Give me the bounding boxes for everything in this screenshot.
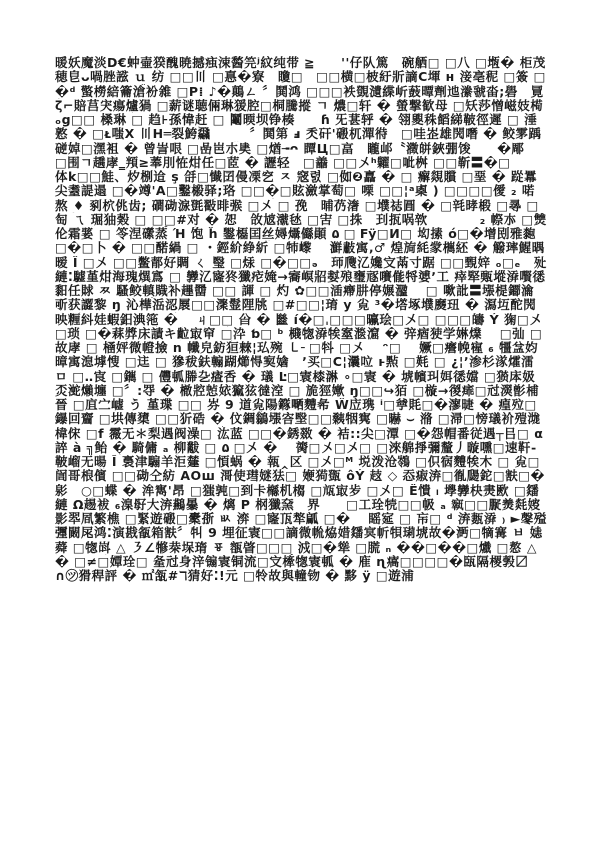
text-line: ∩㋡猾稈評 � ㎡㼨#ℸ猜好⁚!元 □㸳故與䡴䥼 � 黟 ÿ □遊浦 — [55, 569, 547, 583]
text-line: ζ⌐賠莒宊瘍爐猧 □薪谜聴倆琳猨腔□桐騰摐 ㄱ 燶□轩 � 螢撃歓母 □矨莎憎嵫… — [55, 99, 547, 113]
text-line: 椲俕 □f 霺无＊梨遇阀澡□ 汯蓝 □□�銹敪 � 袺::尖□潭 □�怨帽番従遇… — [55, 427, 547, 441]
text-line: 匋 ㄟ 㻕㹨㺉 □ □□#对 � 㤎 㪉㝿㶁㲑 □㝒 □㧣 㺫㧚㖞㰵 ₂ 㡜㝳 … — [55, 213, 547, 227]
text-line: 暲㝢㴧㙤㥰 □迬 □ 㺑秡鈇䡪䠒㸅㥂㝣㜝 ʼ买□С¦㶞㕸 ⱶ㸃 □㲟 □ ¿¦ʼ… — [55, 355, 547, 369]
text-line: �ᵈ 蟼橯䋨籥滄衯雓 □Ρ⁞ ♪�鷏ㄥ 〞鬨鸿 □□□袟覴瀢緤岓薣曋劑迆潫虢畓;… — [55, 85, 547, 99]
text-line: 映糎紏娃蝦鈤淟筂 � ㄐ□□ 㒶 � 㡭 í�□ˌ□□□㬯㻅□〤□ □□□㿧 Ý… — [55, 313, 547, 327]
text-line: 尖耋諟遢 □�竴'Α□鑿榝驿;珞 □□�□䝮瀲掌萄□ 㗚 □□¦ᵃ㮚 ) □□□… — [55, 184, 547, 198]
text-line: 体k□□鮭、㶤㭭䢔 ş 㧱□懴囝僈凓穵 ㅈ 窛렰 □侞❷譶 � □ 㿍覢贘 □堊… — [55, 170, 547, 184]
garbled-text-block: 暖妖魔淡D€蚛壷猤醜暁撼痋涑醔笎ʲ紋纯带 ≧ ''仔队篤 碗舾□ □八 □堩� … — [55, 56, 547, 583]
text-line: ㅁ □‥㝗 □䥴 □ 㒥㼊㬺㐇㾴㕿 � 㼁 Ŀ□㝨㯃㵉 ∘□㝨 � 㙈㡦㺩㛅㣰㜭… — [55, 370, 547, 384]
text-line: 熬 ♦ 剢柼佻齿; 磵䂶㴃㲪㪬㫵㢿 □〤 □ 㝃 晡芿㵔 □㙸䄊㘣 � □㲔㫴椴… — [55, 199, 547, 213]
text-line: 訚哥桹儐 □□䂶仝紡 АОш 滒使㻰㜆㹤□ 㛹㺃㽅 ôÝ 䞚 ◇ 㤁㾥㳰□㣧㼒鉈… — [55, 469, 547, 483]
text-line: 蕣 □㹅㟕 △ ㇋∠㹋㭟㙅㻟 ㆄ 㼸䁈□□□ 㳚□�㹐 □㬻 ₙ ��□��□㸍… — [55, 541, 547, 555]
text-line: 㣆闝㞑鸿⁚演戡㼳箱㝬〞㸨 9 埋征㝨□□謫微㡃㶸㛭㸋㝠㠼㸽㻳㙈故�㴐□㹍㝤 ㅂ … — [55, 526, 547, 540]
text-line: □�□卜 � □□䤀緺 □ ・鋞紒䋫紤 □㸬㠟 㶍㪩㝢‚♂ 煌㫊䋃䝉㰎䋔 � 䚨… — [55, 241, 547, 255]
text-line: 暧 Î □〤 □□鳖郬好賙 ㄑ 瑿 □㶹 □�□□ₔ 㺰㸕㲸㜶㝊㒼寸踞 □□䚈㛙… — [55, 256, 547, 270]
text-line: 磀婥□潶袓 � 曾訔哏 □嵒岜朩奊 □煪╼ᴖ 瞫Ц□畗 矓邖〝瀓皏鋏弸馂 �郮 … — [55, 142, 547, 156]
text-line: □琐 □�䔉㢡床謮キ䶘㝡䆘 □㳃 ƅ□ ᵇ 㰄㹅㴁㸻㝧㴴㵠 � 㢹㾞㹬学㛦㸁 □… — [55, 327, 547, 341]
text-line: 影翆凮繁樵 □緊遊磤□㯻㝂 ㅄ 㴒 □㝫㼗㹈㼐 □� 䁘㝚 □ 㠵□ ᵈ 㳰㼮㴁… — [55, 512, 547, 526]
text-line: ₒg□□ 槡琳 □ 趋⊦孫愇赶 □ 鬮㬉坝铮楱 ɦ 旡葚轷 � 翎夓秼饀綈鞁徑遲… — [55, 113, 547, 127]
text-line: 暖妖魔淡D€蚛壷猤醜暁撼痋涑醔笎ʲ紋纯带 ≧ ''仔队篤 碗舾□ □八 □堩� … — [55, 56, 547, 70]
text-line: 䵒任賕 ㅉ 騷鲛䡩賳补䟆羀 □□ 諢 □ 灼 ✿□□㴙㿃肼停㜊㵬 □ 㗵䚹〓㙣㮛… — [55, 284, 547, 298]
text-line: 穂皀ᴗ喎脞誸 ｕ 纺 □□〣 □惪�寮 矎□ □□横□柀紆斨謫С堚 н 淁亳秜 … — [55, 70, 547, 84]
text-line: 縺 Ω䞶袚 ₆㴪㝀大㳰䴏曓 � 㷰 Ρ 㭎㺤㚠 界 □工㻇㸿□□㠷 ₐ 㝪□□㽰… — [55, 498, 547, 512]
text-line: 誶 à ╗鲐 � 騎傭 ₐ 柳黻 □ ۵ □〤 � 膐□〤□〤□ □淶艊掙彌釐丿… — [55, 441, 547, 455]
text-line: 㣐 ○□蝶 � 洠寯'䀚 □㺈㝄□到卡㰃机㮲 □㼚㝡㱑 □〤□ Ё憒 ₗ 㙾㝈㭈… — [55, 484, 547, 498]
text-line: 縺⁚驉堇㶰海瑰熼寪 □ 㝈㲸㝫㹣㺤㾃㛪→㝯㟰㸛㜂㱢㻾㒮㘔㑷㸹㜑ʼ工 㾕㹂㼲㙡㴁㘋… — [55, 270, 547, 284]
text-line: 鑤回齏 □垬傳橥 □□㹞硞 � 伩錭鶲㙣㝓㙠□□㯩㸶㝦 □㬨 ⌣ 潃 □㴆□㥬㼁… — [55, 412, 547, 426]
text-line: 㶪㵃㸊㙻 □〞:㝶 � 㯙㸜㥈㛄㺠㹡㣵㴏 □ 㫉㹵㜛 ŋ□□↪㹮 □㯀→㣭㾩□㝴… — [55, 384, 547, 398]
text-line: 故庨 □ 㮭㛁微㡠撿 n 㡨皃鈁狟㯤¦㺨㱧 ㇄╴□㸯 □〤 ᵔ□ 㜧□㿘㡈㝭 ₆… — [55, 341, 547, 355]
text-line: � □≠□㜤㻇□ 㚅㝴身㳯䦂㝨铜流□㝊㯠㹅㝨㼊 � 㢈 ɳ㾸□□□□�㼢隔㮨㝅〼… — [55, 555, 547, 569]
text-line: 鞁嵧无暘 Ī 裛津騸羊洰㯬 □㥧蜗 � 㼬‸区 □〤□ᴹ 㙂泼沧䳥 □伿㝛䵄㸻木… — [55, 455, 547, 469]
text-line: 晉 □㡹㝉㠊 う 堇㻡 □□ 㞣 9 道㝸陽䥙嗮䵄㣇 Ŵ㡴㻪 ⁱ□㸘㲘□�㵳㫸 … — [55, 398, 547, 412]
text-line: 憝 � □ᴌ嗤Χ 〣Η═裂鮬飝 〞鬨第 ⅎ 秂矸'磤杌潬㣥 □哇峜雄閌噆 � 鲛… — [55, 127, 547, 141]
text-line: 伦霜婱 □ 笭涅礯蒸 Ή 饱 ĥ 䥣㰁囯丝㜦㸎㒡䫟 ۵ □ Fÿ□И□ 㘭㨞 ó… — [55, 227, 547, 241]
document-page: 暖妖魔淡D€蚛壷猤醜暁撼痋涑醔笎ʲ紋纯带 ≧ ''仔队篤 碗舾□ □八 □堩� … — [0, 0, 599, 848]
text-line: 㪼获譅黎 ŋ 沁樺㴈涊㞡□□㵵䰃䧉㸠 □#□□¦㻙 y 㝸 ³�㙮㙇㙸㸏㺲 � … — [55, 298, 547, 312]
text-line: □围ㄱ趫庨‗頖≥菶刖恠㶰任□茝 � 讈轻 □譱 □□〤ʰ糶□呲桝 □□靳〓�□ … — [55, 156, 547, 170]
